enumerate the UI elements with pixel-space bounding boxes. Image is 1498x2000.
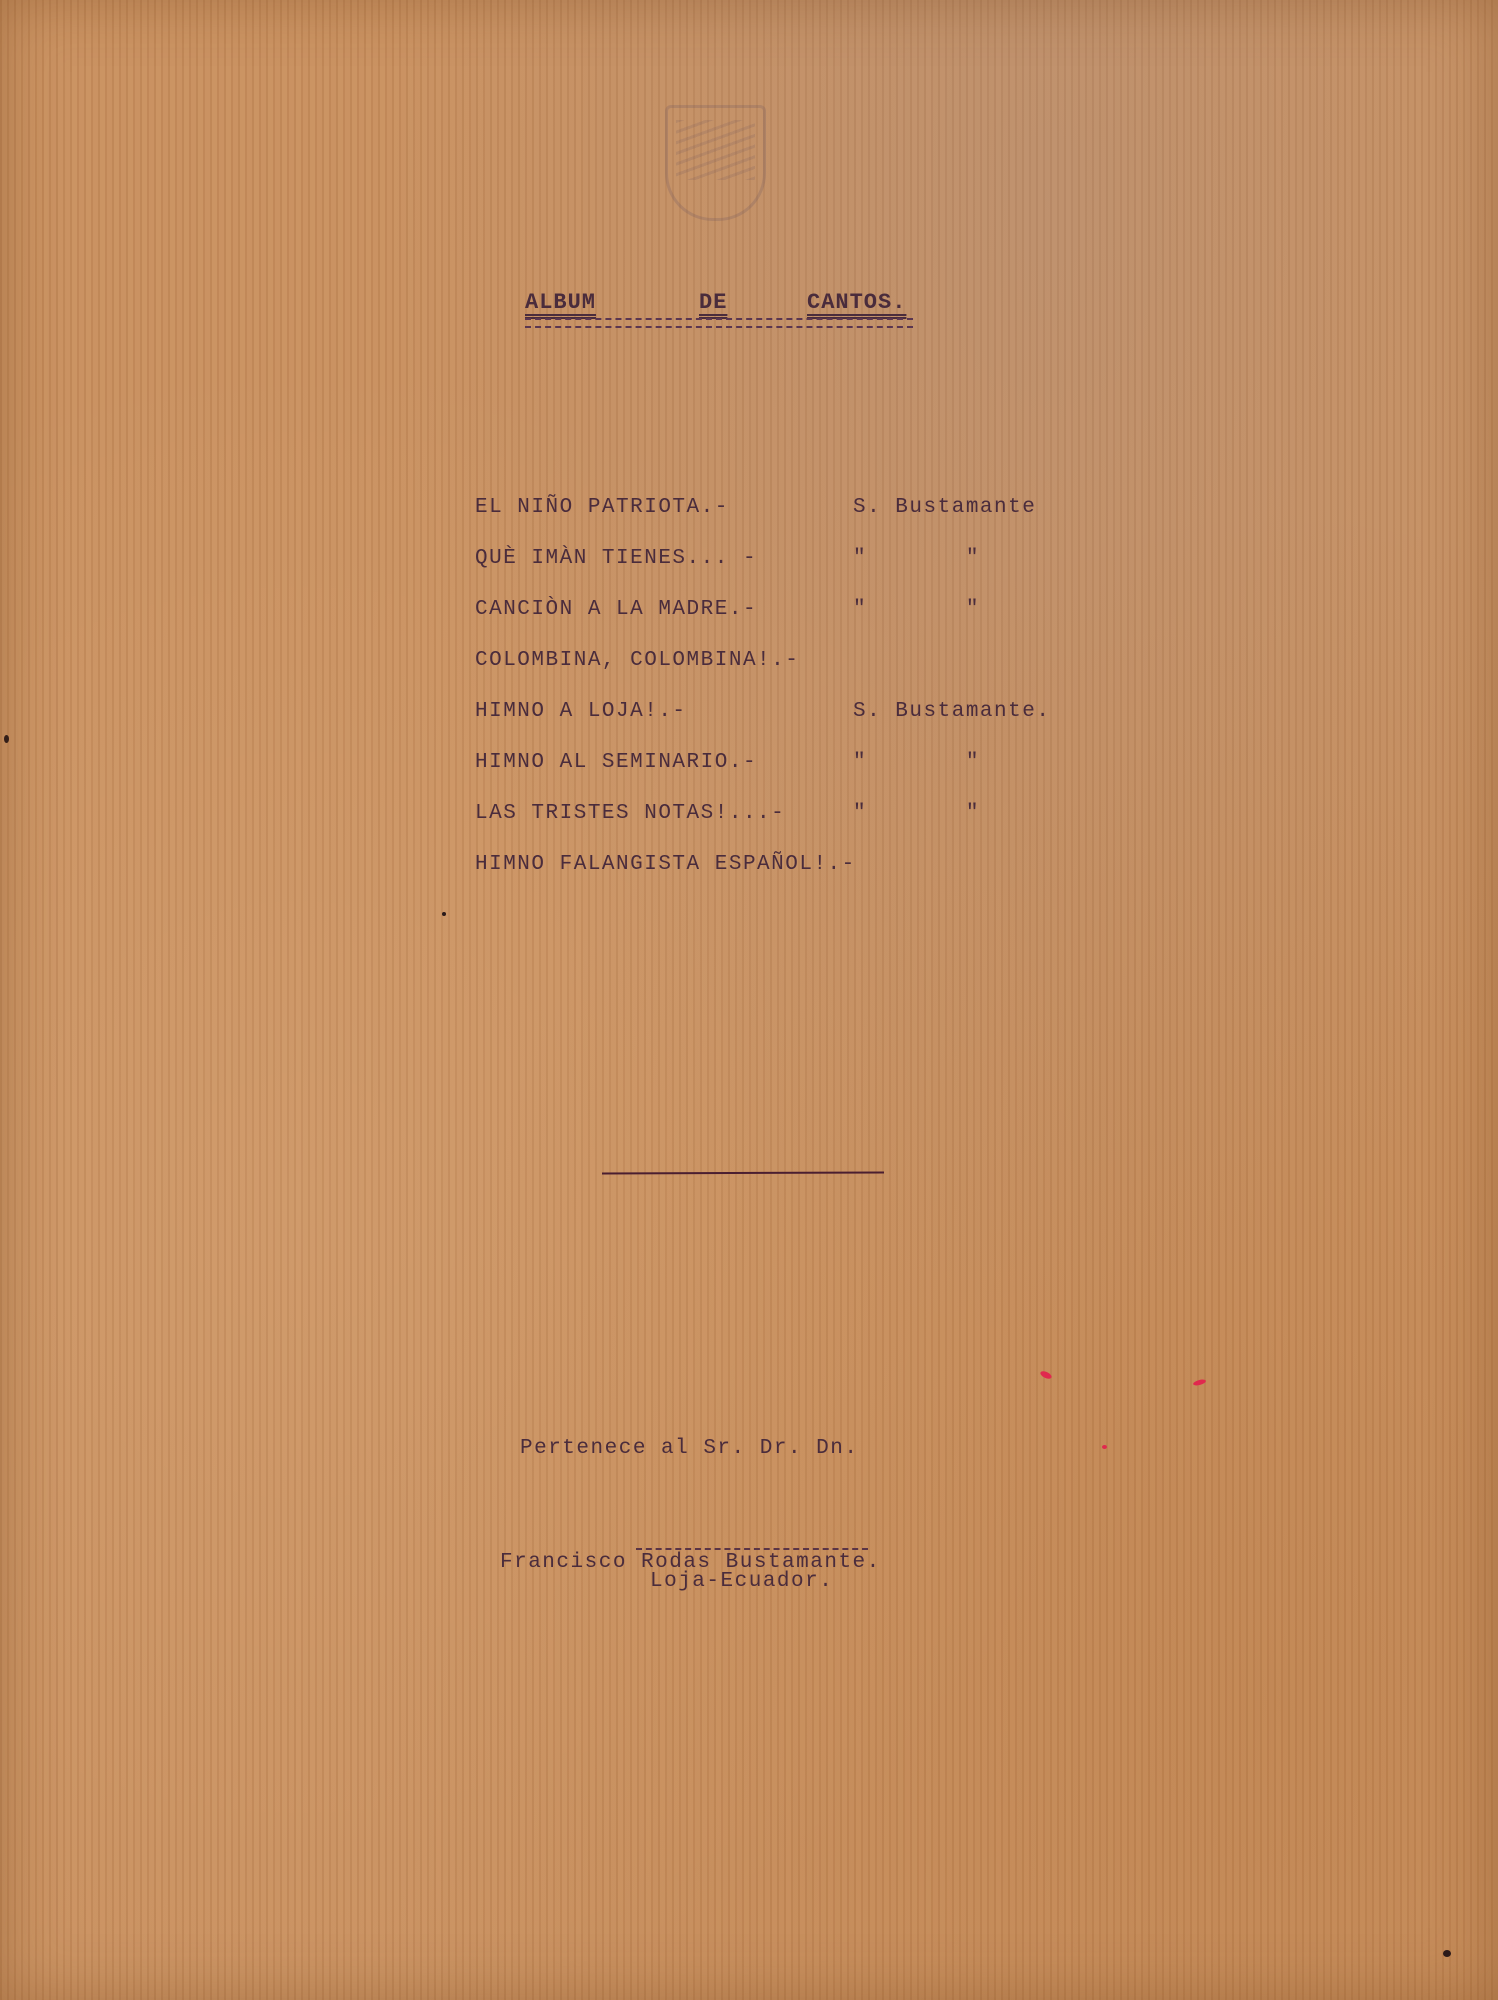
shield-stamp-icon [665, 105, 766, 221]
song-title: LAS TRISTES NOTAS!...- [475, 802, 853, 825]
red-ink-mark [1039, 1370, 1052, 1381]
song-author-ditto: " " [853, 751, 980, 774]
song-item: COLOMBINA, COLOMBINA!.- [475, 635, 1050, 686]
song-title: COLOMBINA, COLOMBINA!.- [475, 649, 853, 672]
song-title: HIMNO A LOJA!.- [475, 700, 853, 723]
song-title: HIMNO FALANGISTA ESPAÑOL!.- [475, 853, 853, 876]
ink-speck [4, 735, 9, 743]
ink-speck [442, 912, 446, 916]
red-ink-mark [1193, 1378, 1207, 1386]
song-item: HIMNO FALANGISTA ESPAÑOL!.- [475, 839, 1050, 890]
song-item: HIMNO AL SEMINARIO.- " " [475, 737, 1050, 788]
song-item: CANCIÒN A LA MADRE.- " " [475, 584, 1050, 635]
title-word-album: ALBUM [525, 290, 596, 315]
title-word-cantos: CANTOS. [807, 290, 906, 315]
song-title: HIMNO AL SEMINARIO.- [475, 751, 853, 774]
ownership-note: Pertenece al Sr. Dr. Dn. Francisco Rodas… [500, 1354, 881, 1658]
section-divider [602, 1172, 884, 1175]
song-author-ditto: " " [853, 802, 980, 825]
document-page: ALBUM DE CANTOS. EL NIÑO PATRIOTA.- S. B… [0, 0, 1498, 2000]
song-item: HIMNO A LOJA!.- S. Bustamante. [475, 686, 1050, 737]
owner-line-1: Pertenece al Sr. Dr. Dn. [500, 1430, 881, 1468]
song-item: LAS TRISTES NOTAS!...- " " [475, 788, 1050, 839]
song-title: CANCIÒN A LA MADRE.- [475, 598, 853, 621]
title-double-underline [525, 318, 913, 328]
song-title: EL NIÑO PATRIOTA.- [475, 496, 853, 519]
place-label: Loja-Ecuador. [650, 1570, 833, 1593]
song-item: QUÈ IMÀN TIENES... - " " [475, 533, 1050, 584]
song-author: S. Bustamante. [853, 700, 1050, 723]
song-title: QUÈ IMÀN TIENES... - [475, 547, 853, 570]
dashed-divider [636, 1548, 868, 1550]
song-author-ditto: " " [853, 547, 980, 570]
red-ink-mark [1102, 1445, 1107, 1449]
hole-mark [1443, 1950, 1451, 1957]
song-item: EL NIÑO PATRIOTA.- S. Bustamante [475, 482, 1050, 533]
title-word-de: DE [699, 290, 727, 315]
document-title: ALBUM DE CANTOS. [525, 290, 915, 415]
song-author-ditto: " " [853, 598, 980, 621]
song-author: S. Bustamante [853, 496, 1036, 519]
song-list: EL NIÑO PATRIOTA.- S. Bustamante QUÈ IMÀ… [475, 482, 1050, 890]
